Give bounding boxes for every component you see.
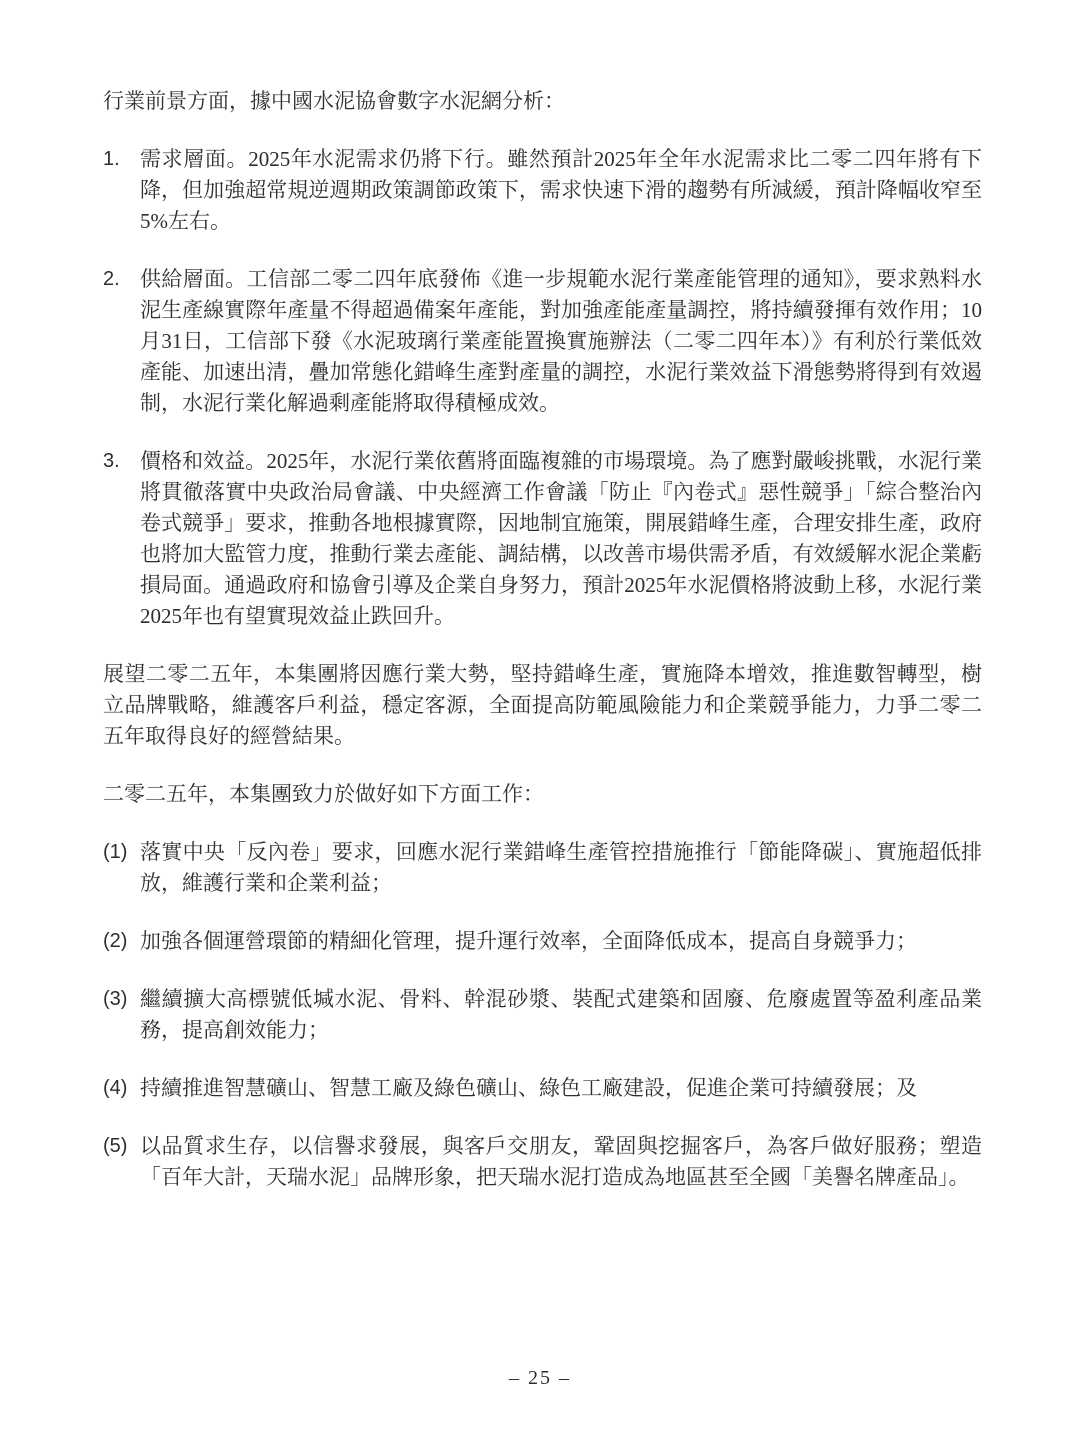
list-marker: 1.: [103, 144, 140, 237]
work-list-item-3: (3) 繼續擴大高標號低堿水泥、骨料、幹混砂漿、裝配式建築和固廢、危廢處置等盈利…: [103, 984, 982, 1046]
list-item-text: 落實中央「反內卷」要求，回應水泥行業錯峰生產管控措施推行「節能降碳」、實施超低排…: [140, 837, 982, 899]
document-page: 行業前景方面，據中國水泥協會數字水泥網分析： 1. 需求層面。2025年水泥需求…: [0, 0, 1080, 1439]
list-marker: (1): [103, 837, 140, 899]
list-marker: 3.: [103, 446, 140, 632]
work-list-item-4: (4) 持續推進智慧礦山、智慧工廠及綠色礦山、綠色工廠建設，促進企業可持續發展；…: [103, 1073, 982, 1104]
work-list-item-2: (2) 加強各個運營環節的精細化管理，提升運行效率，全面降低成本，提高自身競爭力…: [103, 926, 982, 957]
work-list: (1) 落實中央「反內卷」要求，回應水泥行業錯峰生產管控措施推行「節能降碳」、實…: [103, 837, 982, 1193]
list-item-text: 持續推進智慧礦山、智慧工廠及綠色礦山、綠色工廠建設，促進企業可持續發展；及: [140, 1073, 982, 1104]
numbered-list-item-2: 2. 供給層面。工信部二零二四年底發佈《進一步規範水泥行業產能管理的通知》，要求…: [103, 264, 982, 419]
list-item-text: 加強各個運營環節的精細化管理，提升運行效率，全面降低成本，提高自身競爭力；: [140, 926, 982, 957]
work-intro-paragraph: 二零二五年，本集團致力於做好如下方面工作：: [103, 779, 982, 810]
page-number: – 25 –: [509, 1367, 571, 1389]
work-list-item-5: (5) 以品質求生存，以信譽求發展，與客戶交朋友，鞏固與挖掘客戶，為客戶做好服務…: [103, 1131, 982, 1193]
list-marker: 2.: [103, 264, 140, 419]
work-list-item-1: (1) 落實中央「反內卷」要求，回應水泥行業錯峰生產管控措施推行「節能降碳」、實…: [103, 837, 982, 899]
list-marker: (5): [103, 1131, 140, 1193]
list-item-text: 需求層面。2025年水泥需求仍將下行。雖然預計2025年全年水泥需求比二零二四年…: [140, 144, 982, 237]
list-marker: (2): [103, 926, 140, 957]
numbered-list: 1. 需求層面。2025年水泥需求仍將下行。雖然預計2025年全年水泥需求比二零…: [103, 144, 982, 632]
outlook-paragraph: 展望二零二五年，本集團將因應行業大勢，堅持錯峰生產，實施降本增效，推進數智轉型，…: [103, 659, 982, 752]
list-item-text: 供給層面。工信部二零二四年底發佈《進一步規範水泥行業產能管理的通知》，要求熟料水…: [140, 264, 982, 419]
list-item-text: 以品質求生存，以信譽求發展，與客戶交朋友，鞏固與挖掘客戶，為客戶做好服務；塑造「…: [140, 1131, 982, 1193]
list-marker: (3): [103, 984, 140, 1046]
numbered-list-item-1: 1. 需求層面。2025年水泥需求仍將下行。雖然預計2025年全年水泥需求比二零…: [103, 144, 982, 237]
numbered-list-item-3: 3. 價格和效益。2025年，水泥行業依舊將面臨複雜的市場環境。為了應對嚴峻挑戰…: [103, 446, 982, 632]
intro-paragraph: 行業前景方面，據中國水泥協會數字水泥網分析：: [103, 86, 982, 117]
list-item-text: 繼續擴大高標號低堿水泥、骨料、幹混砂漿、裝配式建築和固廢、危廢處置等盈利產品業務…: [140, 984, 982, 1046]
list-marker: (4): [103, 1073, 140, 1104]
page-footer: – 25 –: [0, 1366, 1080, 1390]
list-item-text: 價格和效益。2025年，水泥行業依舊將面臨複雜的市場環境。為了應對嚴峻挑戰，水泥…: [140, 446, 982, 632]
